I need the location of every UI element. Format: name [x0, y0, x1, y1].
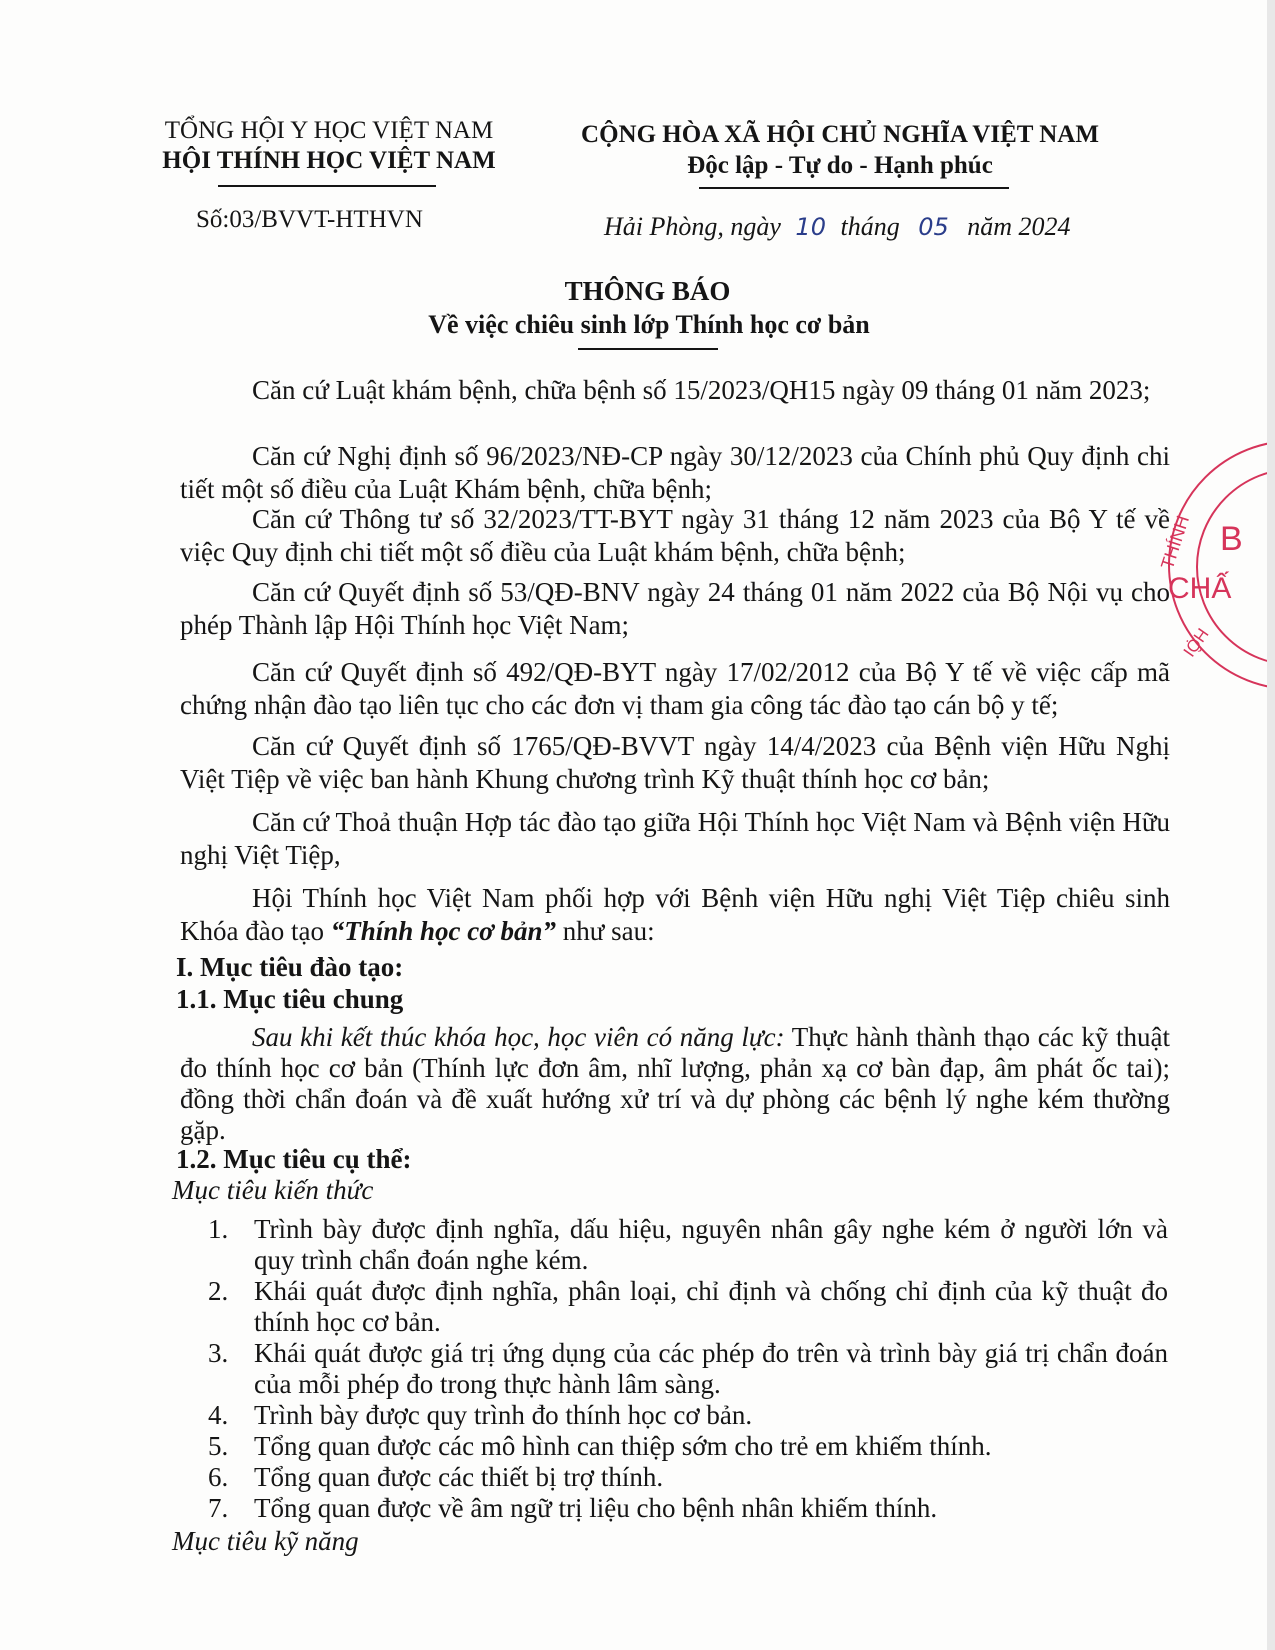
- national-motto: Độc lập - Tự do - Hạnh phúc: [670, 151, 1010, 181]
- stamp-center-text: B: [1220, 520, 1243, 559]
- org-name-underline: [218, 185, 436, 187]
- stamp-center-text-2: CHẤ: [1168, 572, 1231, 606]
- skills-objectives-label: Mục tiêu kỹ năng: [172, 1526, 359, 1557]
- document-page: TỔNG HỘI Y HỌC VIỆT NAM HỘI THÍNH HỌC VI…: [0, 0, 1275, 1650]
- date-month-label: tháng: [840, 212, 899, 241]
- stamp-bottom-text: HỘI: [1178, 624, 1212, 660]
- date-day: 10: [787, 213, 834, 241]
- date-place: Hải Phòng, ngày: [604, 212, 781, 241]
- motto-underline: [699, 187, 1009, 189]
- subsection-heading: 1.2. Mục tiêu cụ thể:: [176, 1144, 411, 1175]
- subsection-heading: 1.1. Mục tiêu chung: [176, 984, 403, 1015]
- date-year: năm 2024: [967, 212, 1070, 241]
- basis-paragraph: Căn cứ Quyết định số 1765/QĐ-BVVT ngày 1…: [180, 730, 1170, 796]
- list-item: 5.Tổng quan được các mô hình can thiệp s…: [208, 1431, 1168, 1462]
- document-number: Số:03/BVVT-HTHVN: [196, 205, 423, 235]
- title-underline: [578, 348, 718, 350]
- scan-edge: [1267, 0, 1275, 1650]
- knowledge-objectives-label: Mục tiêu kiến thức: [172, 1175, 373, 1206]
- official-stamp: HỌ THÍNH B CHẤ HỘI: [1168, 440, 1275, 690]
- national-title: CỘNG HÒA XÃ HỘI CHỦ NGHĨA VIỆT NAM: [570, 120, 1110, 150]
- basis-paragraph: Căn cứ Nghị định số 96/2023/NĐ-CP ngày 3…: [180, 440, 1170, 506]
- document-title: THÔNG BÁO: [0, 276, 1275, 307]
- org-name: HỘI THÍNH HỌC VIỆT NAM: [152, 146, 506, 176]
- date-month: 05: [906, 213, 961, 241]
- list-item: 6.Tổng quan được các thiết bị trợ thính.: [208, 1462, 1168, 1493]
- document-subtitle: Về việc chiêu sinh lớp Thính học cơ bản: [0, 310, 1275, 340]
- basis-paragraph: Căn cứ Thoả thuận Hợp tác đào tạo giữa H…: [180, 806, 1170, 872]
- section-heading: I. Mục tiêu đào tạo:: [176, 952, 403, 983]
- parent-org-name: TỔNG HỘI Y HỌC VIỆT NAM: [157, 116, 501, 146]
- basis-paragraph: Căn cứ Luật khám bệnh, chữa bệnh số 15/2…: [180, 374, 1170, 407]
- list-item: 4.Trình bày được quy trình đo thính học …: [208, 1400, 1168, 1431]
- list-item: 1.Trình bày được định nghĩa, dấu hiệu, n…: [208, 1214, 1168, 1276]
- list-item: 2.Khái quát được định nghĩa, phân loại, …: [208, 1276, 1168, 1338]
- basis-paragraph: Căn cứ Thông tư số 32/2023/TT-BYT ngày 3…: [180, 503, 1170, 569]
- knowledge-objectives-list: 1.Trình bày được định nghĩa, dấu hiệu, n…: [208, 1214, 1168, 1524]
- date-line: Hải Phòng, ngày 10 tháng 05 năm 2024: [604, 212, 1071, 242]
- list-item: 3.Khái quát được giá trị ứng dụng của cá…: [208, 1338, 1168, 1400]
- list-item: 7.Tổng quan được về âm ngữ trị liệu cho …: [208, 1493, 1168, 1524]
- course-name: “Thính học cơ bản”: [331, 916, 556, 946]
- intro-paragraph: Hội Thính học Việt Nam phối hợp với Bệnh…: [180, 882, 1170, 948]
- general-objective-paragraph: Sau khi kết thúc khóa học, học viên có n…: [180, 1022, 1170, 1146]
- basis-paragraph: Căn cứ Quyết định số 492/QĐ-BYT ngày 17/…: [180, 656, 1170, 722]
- basis-paragraph: Căn cứ Quyết định số 53/QĐ-BNV ngày 24 t…: [180, 576, 1170, 642]
